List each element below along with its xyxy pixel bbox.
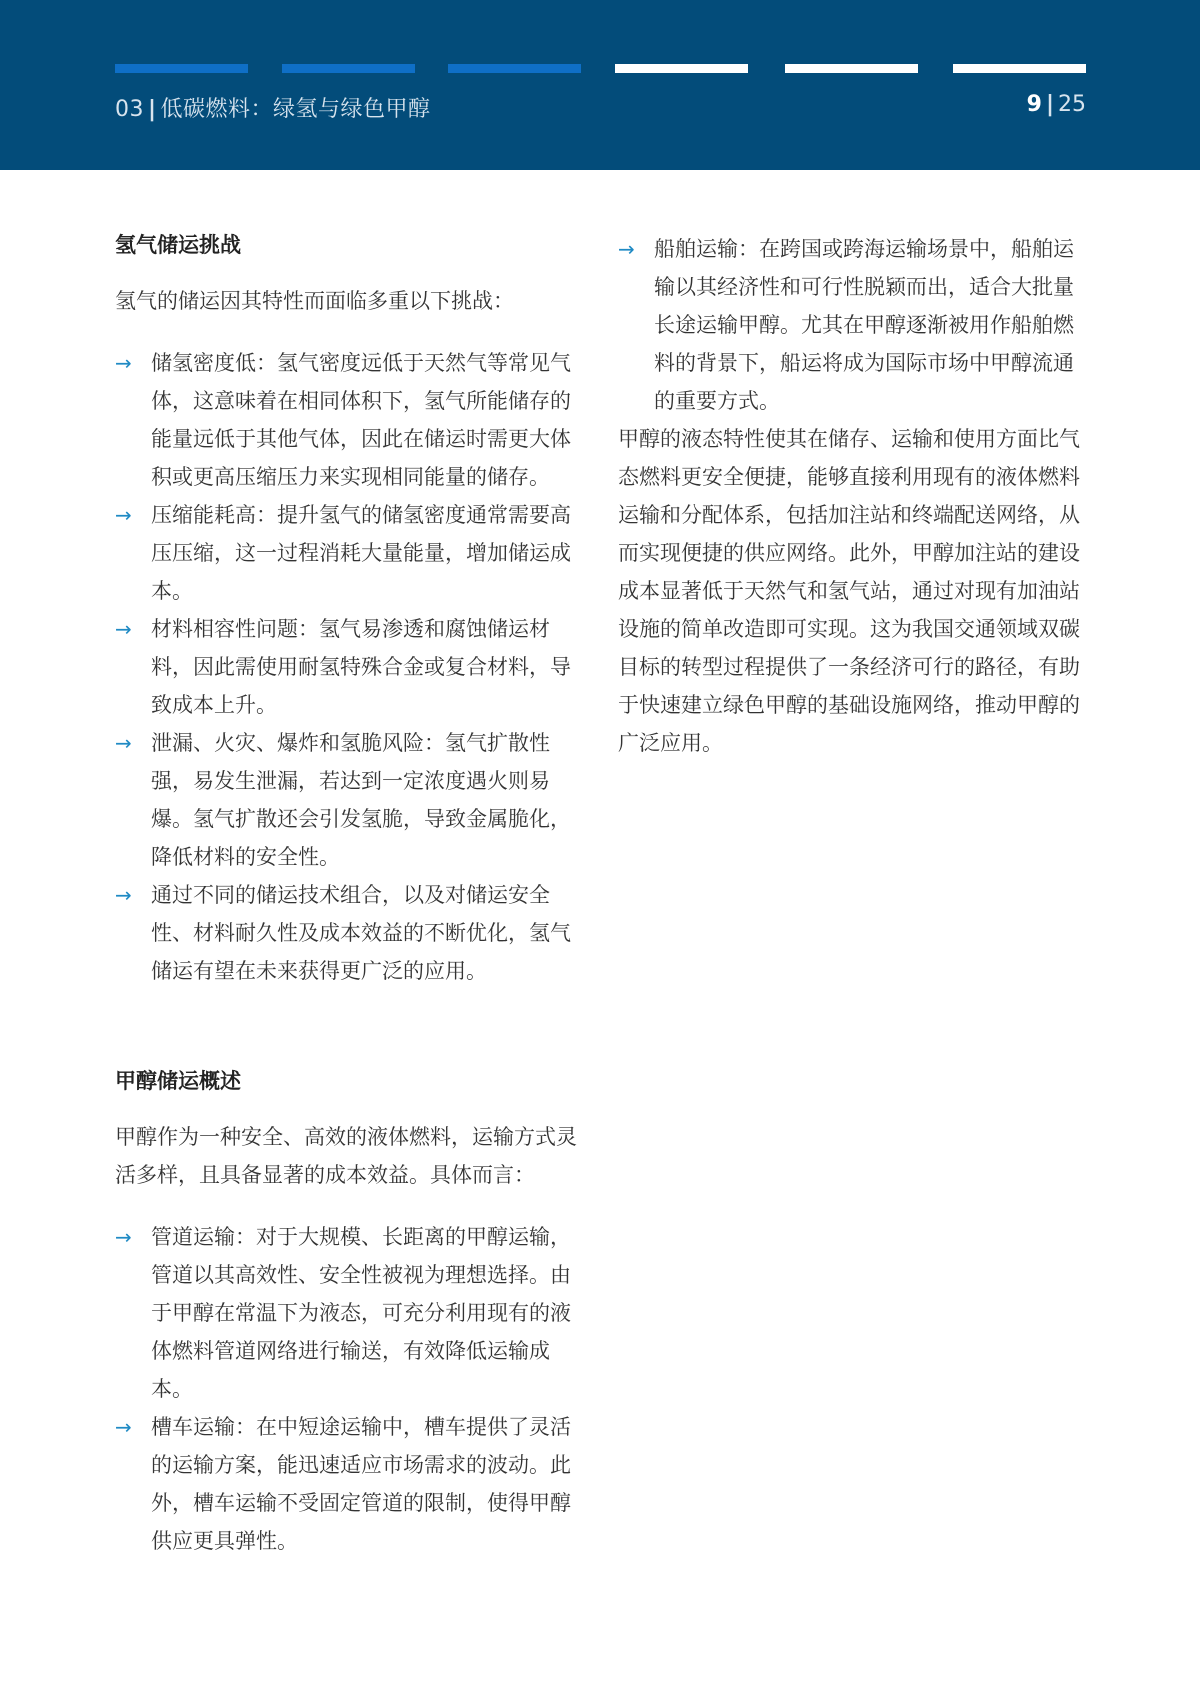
arrow-right-icon: →	[115, 876, 132, 914]
methanol-transport-list-cont: →船舶运输：在跨国或跨海运输场景中，船舶运输以其经济性和可行性脱颖而出，适合大批…	[618, 230, 1088, 420]
page-header: 03|低碳燃料：绿氢与绿色甲醇 9|25	[0, 0, 1200, 170]
list-item: →通过不同的储运技术组合，以及对储运安全性、材料耐久性及成本效益的不断优化，氢气…	[115, 876, 585, 990]
list-item: →储氢密度低：氢气密度远低于天然气等常见气体，这意味着在相同体积下，氢气所能储存…	[115, 344, 585, 496]
section-title-hydrogen: 氢气储运挑战	[115, 230, 585, 260]
section-intro-hydrogen: 氢气的储运因其特性而面临多重以下挑战：	[115, 282, 585, 320]
list-item: →船舶运输：在跨国或跨海运输场景中，船舶运输以其经济性和可行性脱颖而出，适合大批…	[618, 230, 1088, 420]
chapter-heading: 03|低碳燃料：绿氢与绿色甲醇	[115, 92, 431, 123]
methanol-advantages-paragraph: 甲醇的液态特性使其在储存、运输和使用方面比气态燃料更安全便捷，能够直接利用现有的…	[618, 420, 1088, 762]
page-indicator: 9|25	[1027, 92, 1086, 117]
list-item: →泄漏、火灾、爆炸和氢脆风险：氢气扩散性强，易发生泄漏，若达到一定浓度遇火则易爆…	[115, 724, 585, 876]
progress-bar-1	[115, 64, 248, 73]
section-intro-methanol: 甲醇作为一种安全、高效的液体燃料，运输方式灵活多样，且具备显著的成本效益。具体而…	[115, 1118, 585, 1194]
progress-bar-3	[448, 64, 581, 73]
section-title-methanol: 甲醇储运概述	[115, 1066, 585, 1096]
arrow-right-icon: →	[115, 344, 132, 382]
arrow-right-icon: →	[115, 496, 132, 534]
list-item: →材料相容性问题：氢气易渗透和腐蚀储运材料，因此需使用耐氢特殊合金或复合材料，导…	[115, 610, 585, 724]
progress-bar-6	[953, 64, 1086, 73]
arrow-right-icon: →	[115, 724, 132, 762]
separator: |	[148, 97, 157, 122]
arrow-right-icon: →	[115, 1408, 132, 1446]
page-total: 25	[1058, 92, 1086, 117]
list-item: →槽车运输：在中短途运输中，槽车提供了灵活的运输方案，能迅速适应市场需求的波动。…	[115, 1408, 585, 1560]
arrow-right-icon: →	[115, 610, 132, 648]
progress-bar-2	[282, 64, 415, 73]
list-item: →压缩能耗高：提升氢气的储氢密度通常需要高压压缩，这一过程消耗大量能量，增加储运…	[115, 496, 585, 610]
progress-bar-5	[785, 64, 918, 73]
list-item: →管道运输：对于大规模、长距离的甲醇运输，管道以其高效性、安全性被视为理想选择。…	[115, 1218, 585, 1408]
progress-bar-4	[615, 64, 748, 73]
arrow-right-icon: →	[115, 1218, 132, 1256]
methanol-transport-list: →管道运输：对于大规模、长距离的甲醇运输，管道以其高效性、安全性被视为理想选择。…	[115, 1218, 585, 1560]
page-current: 9	[1027, 92, 1042, 117]
chapter-title: 低碳燃料：绿氢与绿色甲醇	[161, 97, 431, 122]
right-column: →船舶运输：在跨国或跨海运输场景中，船舶运输以其经济性和可行性脱颖而出，适合大批…	[618, 230, 1088, 762]
left-column: 氢气储运挑战 氢气的储运因其特性而面临多重以下挑战： →储氢密度低：氢气密度远低…	[115, 230, 585, 1560]
hydrogen-challenges-list: →储氢密度低：氢气密度远低于天然气等常见气体，这意味着在相同体积下，氢气所能储存…	[115, 344, 585, 990]
separator: |	[1046, 92, 1054, 117]
arrow-right-icon: →	[618, 230, 635, 268]
chapter-number: 03	[115, 97, 144, 122]
